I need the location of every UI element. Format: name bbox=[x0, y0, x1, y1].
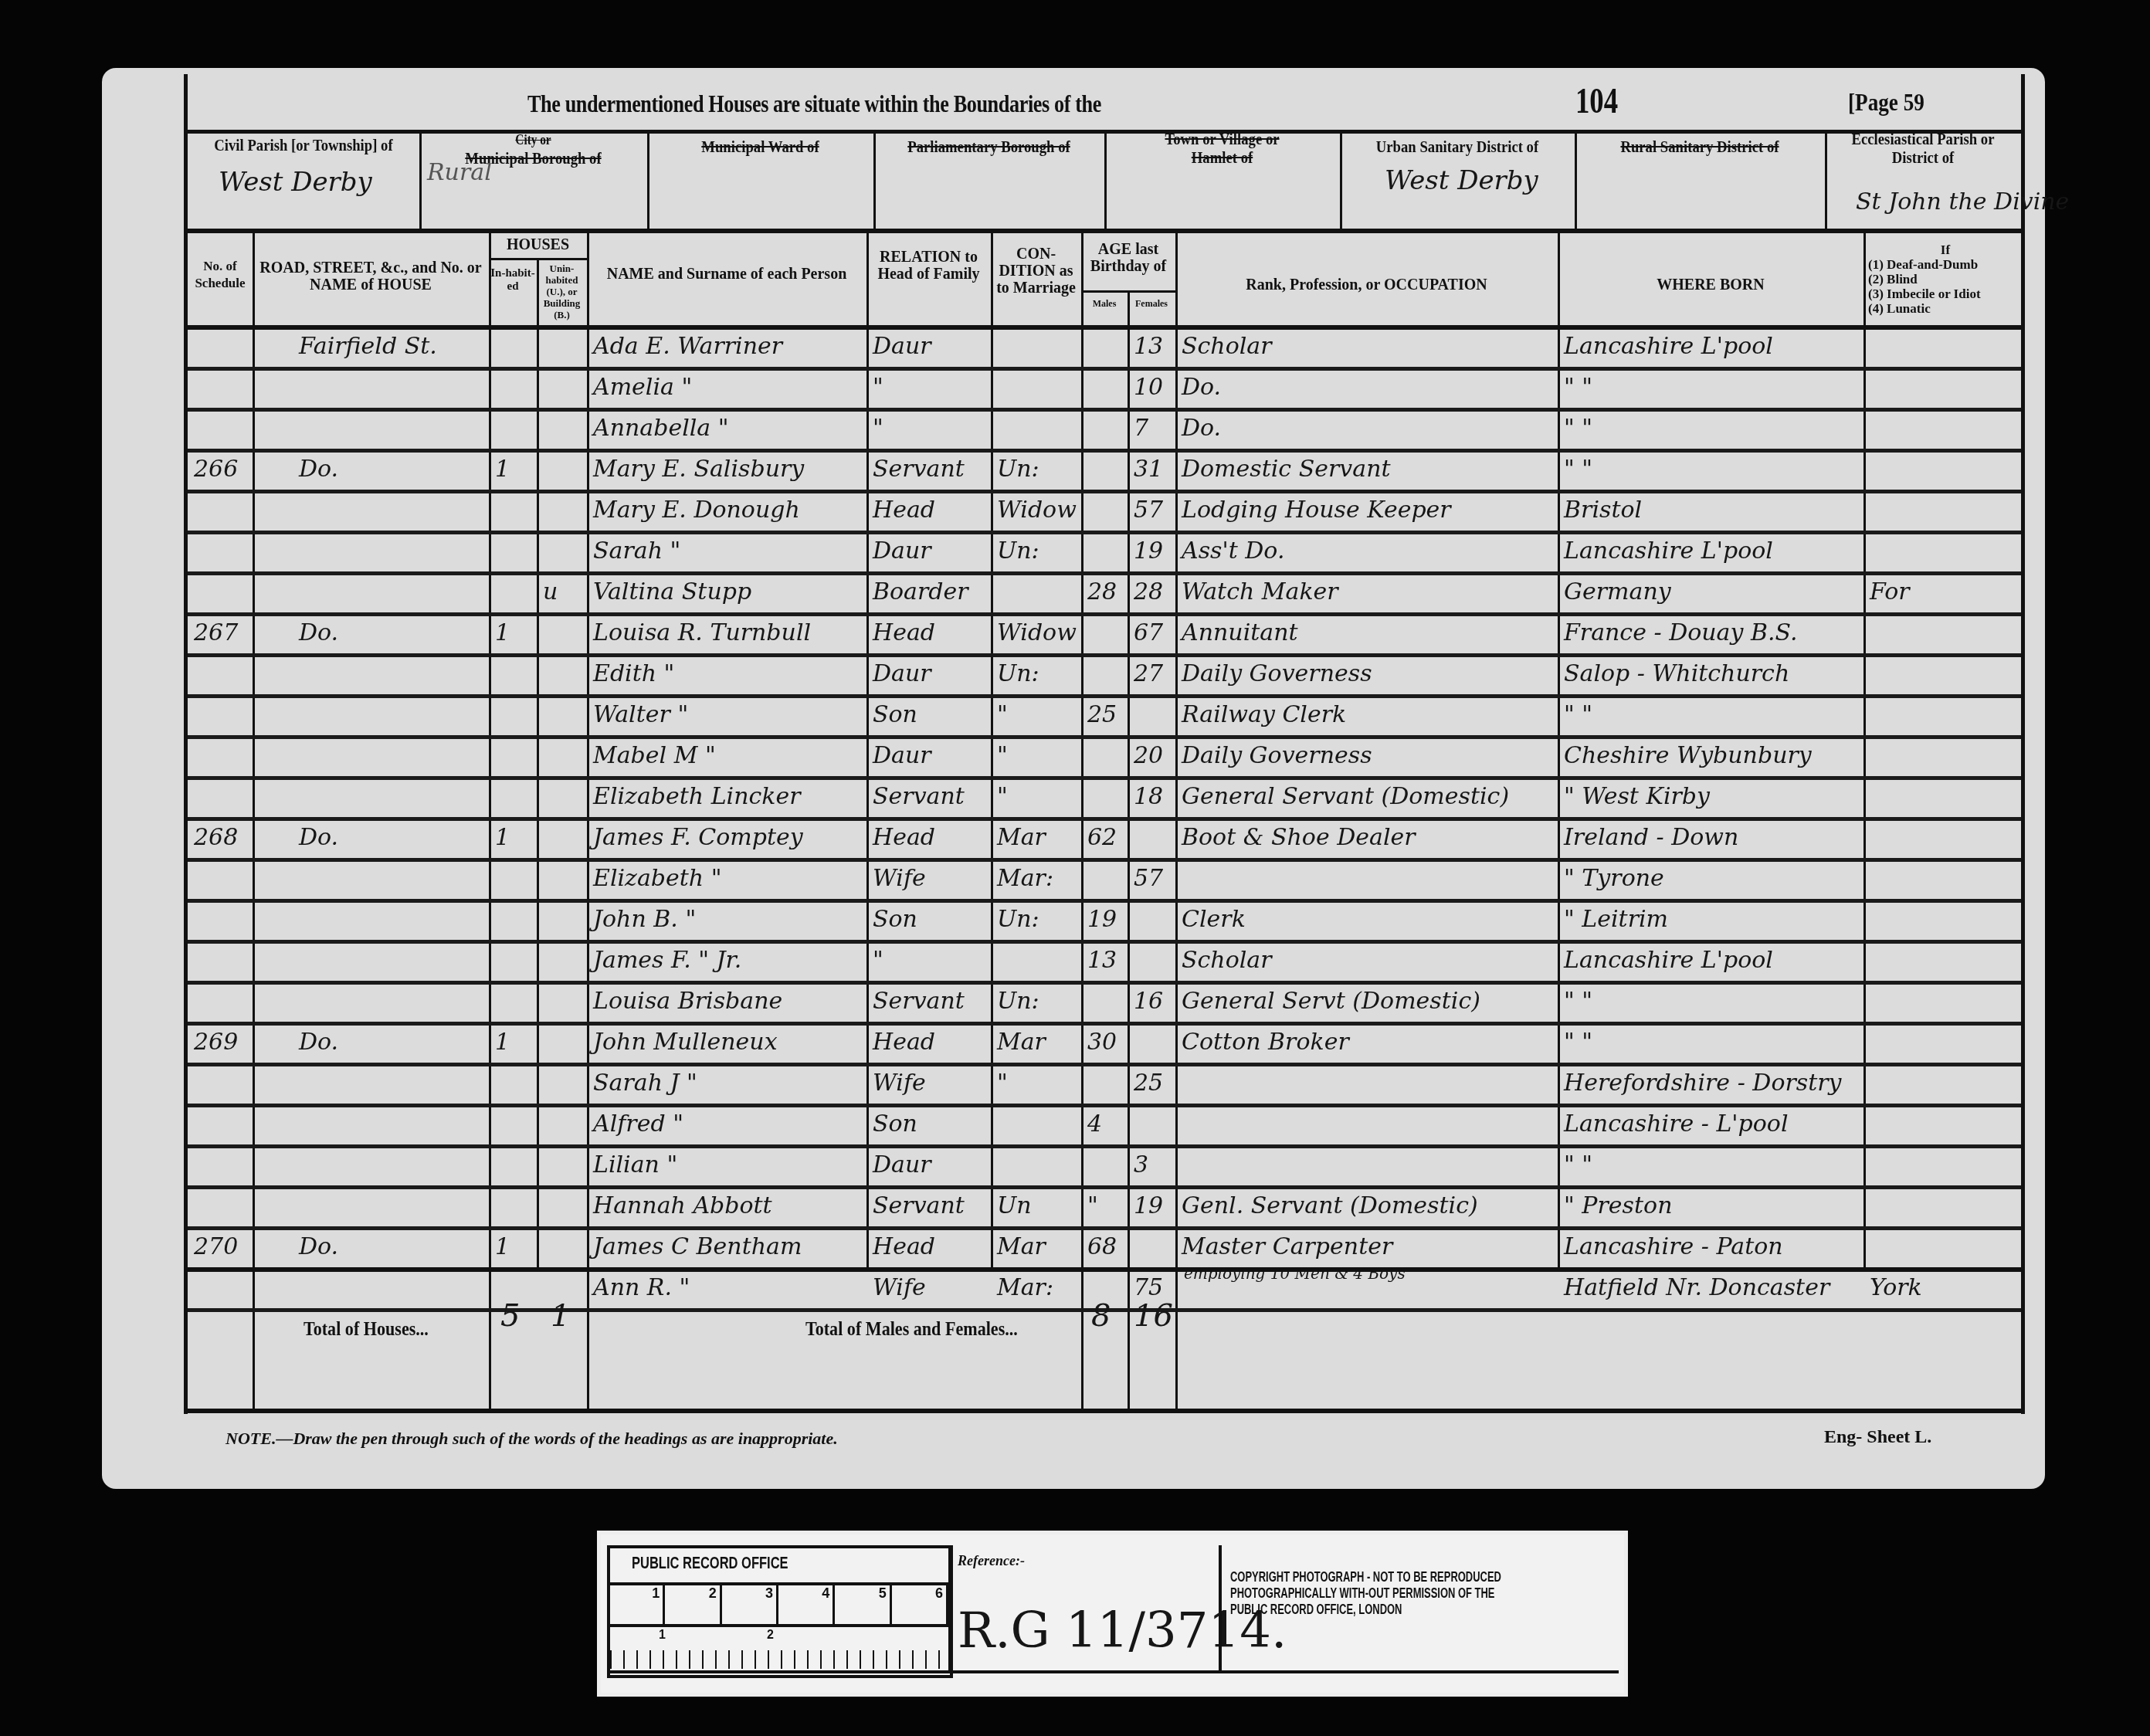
female-age: 7 bbox=[1134, 415, 1148, 442]
table-row: Sarah "DaurUn:19Ass't Do.Lancashire L'po… bbox=[188, 534, 2021, 575]
table-row: Sarah J "Wife"25Herefordshire - Dorstry bbox=[188, 1066, 2021, 1107]
house-inhabited: 1 bbox=[495, 1233, 510, 1260]
road-name: Do. bbox=[299, 456, 338, 483]
scale-ruler-top: 123456 bbox=[609, 1585, 948, 1624]
relation-to-head: Wife bbox=[873, 865, 926, 892]
col-females: Females bbox=[1128, 295, 1175, 312]
occupation: General Servt (Domestic) bbox=[1182, 988, 1480, 1015]
col-males: Males bbox=[1081, 295, 1128, 312]
col-where-born: WHERE BORN bbox=[1558, 276, 1863, 293]
total-houses-label: Total of Houses... bbox=[304, 1317, 429, 1341]
ruler-cell: 6 bbox=[892, 1585, 948, 1624]
birthplace: Lancashire L'pool bbox=[1564, 947, 1773, 974]
ruler-cell: 5 bbox=[835, 1585, 891, 1624]
marital-condition: Mar: bbox=[997, 1274, 1053, 1301]
table-row: Louisa BrisbaneServantUn:16General Servt… bbox=[188, 985, 2021, 1026]
schedule-number: 269 bbox=[194, 1029, 238, 1056]
house-inhabited: 1 bbox=[495, 456, 510, 483]
census-form-frame: The undermentioned Houses are situate wi… bbox=[184, 74, 2025, 1414]
birthplace: Lancashire L'pool bbox=[1564, 333, 1773, 360]
table-row: 268Do.1James F. CompteyHeadMar62Boot & S… bbox=[188, 821, 2021, 862]
female-age: 75 bbox=[1134, 1274, 1163, 1301]
relation-to-head: Servant bbox=[873, 456, 965, 483]
female-age: 18 bbox=[1134, 783, 1163, 810]
civil-parish-value: West Derby bbox=[219, 167, 372, 198]
relation-to-head: Son bbox=[873, 906, 917, 933]
marital-condition: Mar bbox=[997, 1029, 1046, 1056]
schedule-number: 270 bbox=[194, 1233, 238, 1260]
archive-label: PUBLIC RECORD OFFICE 123456 1 2 Referenc… bbox=[597, 1531, 1628, 1697]
relation-to-head: " bbox=[873, 415, 883, 442]
marital-condition: Un: bbox=[997, 537, 1039, 565]
occupation: Annuitant bbox=[1182, 619, 1298, 646]
occupation: Clerk bbox=[1182, 906, 1246, 933]
female-age: 19 bbox=[1134, 537, 1163, 565]
person-name: James F. " Jr. bbox=[593, 947, 741, 974]
birthplace: France - Douay B.S. bbox=[1564, 619, 1798, 646]
female-age: 67 bbox=[1134, 619, 1163, 646]
relation-to-head: Daur bbox=[873, 1151, 931, 1178]
table-row: Mary E. DonoughHeadWidow57Lodging House … bbox=[188, 493, 2021, 534]
female-age: 31 bbox=[1134, 456, 1163, 483]
total-females: 16 bbox=[1134, 1298, 1173, 1334]
marital-condition: Un: bbox=[997, 660, 1039, 687]
municipal-borough-value: Rural bbox=[427, 159, 492, 186]
occupation: Daily Governess bbox=[1182, 660, 1372, 687]
person-name: Annabella " bbox=[593, 415, 729, 442]
ruler-cell: 1 bbox=[609, 1585, 665, 1624]
copyright-notice: COPYRIGHT PHOTOGRAPH - NOT TO BE REPRODU… bbox=[1230, 1569, 1519, 1618]
relation-to-head: Son bbox=[873, 1110, 917, 1138]
marital-condition: Widow bbox=[997, 619, 1077, 646]
total-uninhabited: 1 bbox=[551, 1298, 570, 1334]
male-age: 19 bbox=[1087, 906, 1117, 933]
col-inhabited: In-habit-ed bbox=[489, 267, 537, 293]
ruler-cell: 3 bbox=[722, 1585, 778, 1624]
col-road: ROAD, STREET, &c., and No. or NAME of HO… bbox=[253, 259, 489, 293]
table-row: Walter "Son"25Railway Clerk" " bbox=[188, 698, 2021, 739]
female-age: 16 bbox=[1134, 988, 1163, 1015]
table-row: Fairfield St.Ada E. WarrinerDaur13Schola… bbox=[188, 330, 2021, 371]
relation-to-head: Wife bbox=[873, 1070, 926, 1097]
occupation: Daily Governess bbox=[1182, 742, 1372, 769]
person-name: Hannah Abbott bbox=[593, 1192, 772, 1219]
total-inhabited: 5 bbox=[500, 1298, 520, 1334]
census-entries: Fairfield St.Ada E. WarrinerDaur13Schola… bbox=[188, 330, 2021, 1326]
table-row: Annabella ""7Do." " bbox=[188, 412, 2021, 453]
relation-to-head: Head bbox=[873, 1233, 935, 1260]
parliamentary-borough-label: Parliamentary Borough of bbox=[890, 137, 1087, 156]
schedule-number: 266 bbox=[194, 456, 238, 483]
road-name: Do. bbox=[299, 1029, 338, 1056]
female-age: 57 bbox=[1134, 865, 1163, 892]
relation-to-head: Head bbox=[873, 1029, 935, 1056]
table-row: James F. " Jr."13ScholarLancashire L'poo… bbox=[188, 944, 2021, 985]
relation-to-head: Daur bbox=[873, 333, 931, 360]
female-age: 19 bbox=[1134, 1192, 1163, 1219]
col-relation: RELATION to Head of Family bbox=[866, 249, 991, 283]
occupation: Watch Maker bbox=[1182, 578, 1338, 605]
rural-sanitary-label: Rural Sanitary District of bbox=[1593, 137, 1806, 156]
marital-condition: Widow bbox=[997, 497, 1077, 524]
birthplace: Ireland - Down bbox=[1564, 824, 1738, 851]
birthplace: Lancashire L'pool bbox=[1564, 537, 1773, 565]
person-name: John B. " bbox=[593, 906, 696, 933]
ecclesiastical-parish-label: Ecclesiastical Parish or District of bbox=[1840, 130, 2006, 167]
table-row: Elizabeth "WifeMar:57" Tyrone bbox=[188, 862, 2021, 903]
birthplace: Cheshire Wybunbury bbox=[1564, 742, 1812, 769]
house-inhabited: 1 bbox=[495, 1029, 510, 1056]
person-name: Walter " bbox=[593, 701, 688, 728]
female-age: 28 bbox=[1134, 578, 1163, 605]
female-age: 10 bbox=[1134, 374, 1163, 401]
person-name: Louisa R. Turnbull bbox=[593, 619, 811, 646]
table-row: Edith "DaurUn:27Daily GovernessSalop - W… bbox=[188, 657, 2021, 698]
person-name: Amelia " bbox=[593, 374, 692, 401]
male-age: 28 bbox=[1087, 578, 1117, 605]
male-age: 30 bbox=[1087, 1029, 1117, 1056]
male-age: 62 bbox=[1087, 824, 1117, 851]
occupation: Scholar bbox=[1182, 333, 1272, 360]
male-age: 25 bbox=[1087, 701, 1117, 728]
footer-note: NOTE.—Draw the pen through such of the w… bbox=[226, 1429, 838, 1449]
civil-parish-label: Civil Parish [or Township] of bbox=[205, 136, 402, 154]
table-row: 270Do.1James C BenthamHeadMar68Master Ca… bbox=[188, 1230, 2021, 1271]
col-infirmity: If (1) Deaf-and-Dumb (2) Blind (3) Imbec… bbox=[1868, 242, 2023, 316]
table-row: Hannah AbbottServantUn"19Genl. Servant (… bbox=[188, 1189, 2021, 1230]
col-age: AGE last Birthday of bbox=[1081, 241, 1175, 275]
female-age: 27 bbox=[1134, 660, 1163, 687]
marital-condition: " bbox=[997, 701, 1008, 728]
birthplace: " " bbox=[1564, 1151, 1592, 1178]
road-name: Fairfield St. bbox=[299, 333, 437, 360]
col-schedule: No. of Schedule bbox=[188, 258, 253, 292]
female-age: 20 bbox=[1134, 742, 1163, 769]
marital-condition: Mar: bbox=[997, 865, 1053, 892]
marital-condition: Un: bbox=[997, 906, 1039, 933]
occupation: Scholar bbox=[1182, 947, 1272, 974]
relation-to-head: " bbox=[873, 947, 883, 974]
relation-to-head: Son bbox=[873, 701, 917, 728]
col-occupation: Rank, Profession, or OCCUPATION bbox=[1175, 276, 1558, 293]
table-row: Elizabeth LinckerServant"18General Serva… bbox=[188, 780, 2021, 821]
relation-to-head: " bbox=[873, 374, 883, 401]
male-age: 4 bbox=[1087, 1110, 1102, 1138]
infirmity: York bbox=[1870, 1274, 1922, 1301]
ruler-mark-2: 2 bbox=[767, 1629, 774, 1643]
col-uninhabited: Unin-habited (U.), or Building (B.) bbox=[537, 263, 587, 320]
occupation: General Servant (Domestic) bbox=[1182, 783, 1509, 810]
table-row: Mabel M "Daur"20Daily GovernessCheshire … bbox=[188, 739, 2021, 780]
relation-to-head: Servant bbox=[873, 783, 965, 810]
total-males: 8 bbox=[1091, 1298, 1111, 1334]
col-condition: CON-DITION as to Marriage bbox=[991, 246, 1081, 297]
marital-condition: Un: bbox=[997, 988, 1039, 1015]
person-name: Mary E. Donough bbox=[593, 497, 800, 524]
relation-to-head: Servant bbox=[873, 1192, 965, 1219]
ruler-cell: 4 bbox=[778, 1585, 835, 1624]
male-age: " bbox=[1087, 1192, 1098, 1219]
ruler-cell: 2 bbox=[665, 1585, 721, 1624]
road-name: Do. bbox=[299, 619, 338, 646]
birthplace: " " bbox=[1564, 1029, 1592, 1056]
birthplace: Germany bbox=[1564, 578, 1671, 605]
person-name: Ann R. " bbox=[593, 1274, 690, 1301]
occupation: Do. bbox=[1182, 374, 1221, 401]
birthplace: " West Kirby bbox=[1564, 783, 1710, 810]
person-name: Edith " bbox=[593, 660, 674, 687]
sheet-label: Eng- Sheet L. bbox=[1824, 1427, 1931, 1448]
marital-condition: Un: bbox=[997, 456, 1039, 483]
folio-number: 104 bbox=[1575, 80, 1618, 121]
record-office-name: PUBLIC RECORD OFFICE bbox=[632, 1553, 788, 1573]
female-age: 25 bbox=[1134, 1070, 1163, 1097]
occupation: Master Carpenter bbox=[1182, 1233, 1392, 1260]
schedule-number: 268 bbox=[194, 824, 238, 851]
page-number: [Page 59 bbox=[1848, 88, 1924, 117]
occupation: Railway Clerk bbox=[1182, 701, 1346, 728]
relation-to-head: Head bbox=[873, 497, 935, 524]
marital-condition: Un bbox=[997, 1192, 1032, 1219]
marital-condition: Mar bbox=[997, 824, 1046, 851]
person-name: James C Bentham bbox=[593, 1233, 802, 1260]
marital-condition: Mar bbox=[997, 1233, 1046, 1260]
form-title: The undermentioned Houses are situate wi… bbox=[527, 90, 1101, 118]
house-uninhabited: u bbox=[543, 578, 558, 605]
occupation: Domestic Servant bbox=[1182, 456, 1391, 483]
house-inhabited: 1 bbox=[495, 824, 510, 851]
table-row: Lilian "Daur3" " bbox=[188, 1148, 2021, 1189]
birthplace: " Tyrone bbox=[1564, 865, 1664, 892]
birthplace: Herefordshire - Dorstry bbox=[1564, 1070, 1842, 1097]
person-name: James F. Comptey bbox=[593, 824, 803, 851]
total-persons-label: Total of Males and Females... bbox=[805, 1317, 1018, 1341]
table-row: John B. "SonUn:19Clerk" Leitrim bbox=[188, 903, 2021, 944]
relation-to-head: Daur bbox=[873, 537, 931, 565]
municipal-ward-label: Municipal Ward of bbox=[664, 137, 856, 156]
marital-condition: " bbox=[997, 1070, 1008, 1097]
urban-sanitary-label: Urban Sanitary District of bbox=[1358, 137, 1557, 156]
table-row: Alfred "Son4Lancashire - L'pool bbox=[188, 1107, 2021, 1148]
female-age: 3 bbox=[1134, 1151, 1148, 1178]
town-village-label: Town or Village or Hamlet of bbox=[1122, 130, 1322, 167]
ecclesiastical-parish-value: St John the Divine bbox=[1856, 188, 2069, 215]
occupation: Ass't Do. bbox=[1182, 537, 1284, 565]
schedule-number: 267 bbox=[194, 619, 238, 646]
reference-label: Reference:- bbox=[958, 1553, 1025, 1569]
female-age: 13 bbox=[1134, 333, 1163, 360]
person-name: Ada E. Warriner bbox=[593, 333, 782, 360]
col-name: NAME and Surname of each Person bbox=[587, 266, 866, 283]
occupation: Genl. Servant (Domestic) bbox=[1182, 1192, 1478, 1219]
birthplace: Hatfield Nr. Doncaster bbox=[1564, 1274, 1830, 1301]
birthplace: " Leitrim bbox=[1564, 906, 1668, 933]
person-name: Elizabeth " bbox=[593, 865, 721, 892]
col-houses: HOUSES bbox=[489, 236, 587, 253]
birthplace: Lancashire - L'pool bbox=[1564, 1110, 1789, 1138]
table-row: 266Do.1Mary E. SalisburyServantUn:31Dome… bbox=[188, 453, 2021, 493]
birthplace: " " bbox=[1564, 456, 1592, 483]
table-row: uValtina StuppBoarder2828Watch MakerGerm… bbox=[188, 575, 2021, 616]
person-name: Sarah " bbox=[593, 537, 680, 565]
person-name: Louisa Brisbane bbox=[593, 988, 782, 1015]
ruler-mark-1: 1 bbox=[659, 1629, 666, 1643]
ruler-ticks bbox=[610, 1650, 942, 1669]
birthplace: " Preston bbox=[1564, 1192, 1672, 1219]
occupation: Cotton Broker bbox=[1182, 1029, 1349, 1056]
person-name: Elizabeth Lincker bbox=[593, 783, 801, 810]
person-name: Valtina Stupp bbox=[593, 578, 751, 605]
marital-condition: " bbox=[997, 783, 1008, 810]
birthplace: Salop - Whitchurch bbox=[1564, 660, 1789, 687]
occupation: Boot & Shoe Dealer bbox=[1182, 824, 1416, 851]
table-row: 267Do.1Louisa R. TurnbullHeadWidow67Annu… bbox=[188, 616, 2021, 657]
relation-to-head: Head bbox=[873, 619, 935, 646]
female-age: 57 bbox=[1134, 497, 1163, 524]
birthplace: Bristol bbox=[1564, 497, 1642, 524]
house-inhabited: 1 bbox=[495, 619, 510, 646]
relation-to-head: Servant bbox=[873, 988, 965, 1015]
male-age: 13 bbox=[1087, 947, 1117, 974]
relation-to-head: Daur bbox=[873, 660, 931, 687]
birthplace: " " bbox=[1564, 701, 1592, 728]
person-name: Mabel M " bbox=[593, 742, 716, 769]
occupation: Lodging House Keeper bbox=[1182, 497, 1451, 524]
relation-to-head: Wife bbox=[873, 1274, 926, 1301]
relation-to-head: Head bbox=[873, 824, 935, 851]
census-page: The undermentioned Houses are situate wi… bbox=[102, 68, 2045, 1489]
relation-to-head: Daur bbox=[873, 742, 931, 769]
marital-condition: " bbox=[997, 742, 1008, 769]
person-name: Lilian " bbox=[593, 1151, 677, 1178]
birthplace: Lancashire - Paton bbox=[1564, 1233, 1783, 1260]
person-name: Alfred " bbox=[593, 1110, 683, 1138]
road-name: Do. bbox=[299, 824, 338, 851]
birthplace: " " bbox=[1564, 415, 1592, 442]
birthplace: " " bbox=[1564, 988, 1592, 1015]
male-age: 68 bbox=[1087, 1233, 1117, 1260]
table-row: Amelia ""10Do." " bbox=[188, 371, 2021, 412]
birthplace: " " bbox=[1564, 374, 1592, 401]
person-name: John Mulleneux bbox=[593, 1029, 778, 1056]
urban-sanitary-value: West Derby bbox=[1385, 165, 1538, 196]
relation-to-head: Boarder bbox=[873, 578, 968, 605]
table-row: 269Do.1John MulleneuxHeadMar30Cotton Bro… bbox=[188, 1026, 2021, 1066]
road-name: Do. bbox=[299, 1233, 338, 1260]
infirmity: For bbox=[1870, 578, 1910, 605]
person-name: Sarah J " bbox=[593, 1070, 697, 1097]
person-name: Mary E. Salisbury bbox=[593, 456, 804, 483]
occupation: Do. bbox=[1182, 415, 1221, 442]
